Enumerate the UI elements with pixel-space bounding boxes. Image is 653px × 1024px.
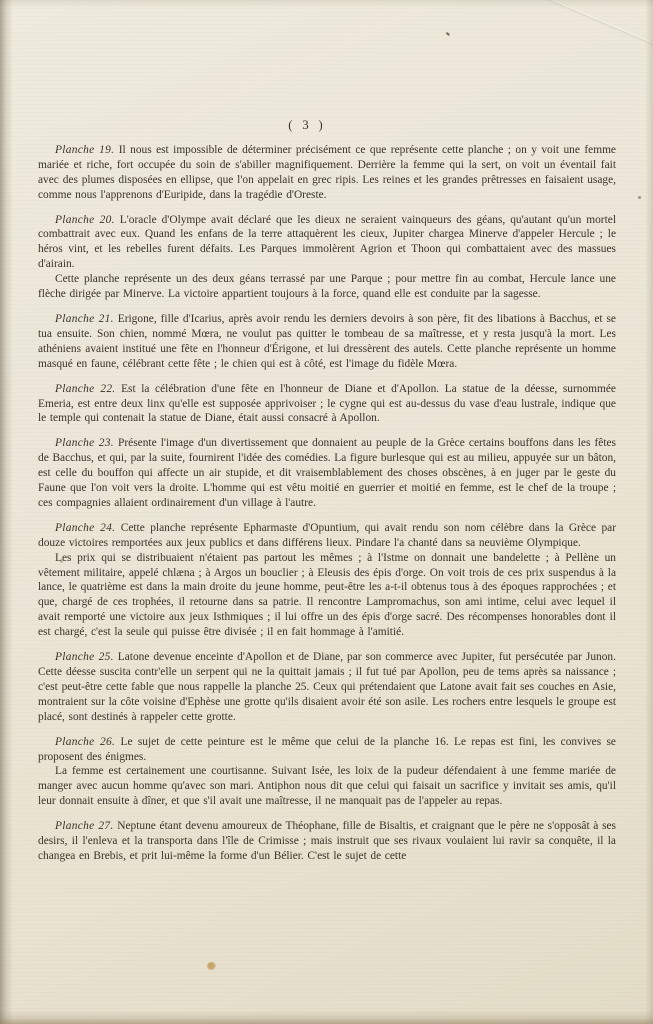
planche-20-entry: Planche 20. L'oracle d'Olympe avait décl… [38, 213, 616, 302]
planche-24-entry: Planche 24. Cette planche représente Eph… [38, 521, 616, 640]
planche-22-paragraph-1: Planche 22. Est la célébration d'une fêt… [38, 382, 616, 427]
planche-22-label: Planche 22. [55, 383, 115, 395]
planche-25-text-1: Latone devenue enceinte d'Apollon et de … [38, 651, 616, 723]
planche-25-label: Planche 25. [55, 651, 114, 663]
planche-21-paragraph-1: Planche 21. Erigone, fille d'Icarius, ap… [38, 312, 616, 372]
planche-27-paragraph-1: Planche 27. Neptune étant devenu amoureu… [38, 819, 616, 864]
page-content: ( 3 ) Planche 19. Il nous est impossible… [38, 0, 616, 864]
planche-24-text-2: Les prix qui se distribuaient n'étaient … [38, 552, 616, 639]
planche-19-paragraph-1: Planche 19. Il nous est impossible de dé… [38, 143, 616, 203]
planche-21-text-1: Erigone, fille d'Icarius, après avoir re… [38, 313, 616, 370]
planche-26-text-2: La femme est certainement une courtisann… [38, 765, 616, 807]
planche-27-label: Planche 27. [55, 820, 114, 832]
planche-19-label: Planche 19. [55, 144, 114, 156]
book-page-scan: ( 3 ) Planche 19. Il nous est impossible… [0, 0, 653, 1024]
planche-26-entry: Planche 26. Le sujet de cette peinture e… [38, 735, 616, 810]
paper-speck [638, 196, 641, 199]
planche-24-label: Planche 24. [55, 522, 115, 534]
planche-23-paragraph-1: Planche 23. Présente l'image d'un divert… [38, 436, 616, 511]
planche-19-entry: Planche 19. Il nous est impossible de dé… [38, 143, 616, 203]
planche-21-entry: Planche 21. Erigone, fille d'Icarius, ap… [38, 312, 616, 372]
planche-25-entry: Planche 25. Latone devenue enceinte d'Ap… [38, 650, 616, 725]
planche-23-entry: Planche 23. Présente l'image d'un divert… [38, 436, 616, 511]
planche-22-text-1: Est la célébration d'une fête en l'honne… [38, 383, 616, 425]
planche-24-text-1: Cette planche représente Epharmaste d'Op… [38, 522, 616, 549]
planche-25-paragraph-1: Planche 25. Latone devenue enceinte d'Ap… [38, 650, 616, 725]
page-edge-right [645, 0, 653, 1024]
planche-26-text-1: Le sujet de cette peinture est le même q… [38, 736, 616, 763]
page-edge-top [0, 0, 653, 8]
planche-20-text-1: L'oracle d'Olympe avait déclaré que les … [38, 214, 616, 271]
planche-20-text-2: Cette planche représente un des deux géa… [38, 273, 616, 300]
page-edge-bottom [0, 1010, 653, 1024]
planche-24-paragraph-1: Planche 24. Cette planche représente Eph… [38, 521, 616, 551]
planche-26-paragraph-2: La femme est certainement une courtisann… [38, 764, 616, 809]
planche-19-text-1: Il nous est impossible de déterminer pré… [38, 144, 616, 201]
page-edge-left [0, 0, 13, 1024]
planche-24-paragraph-2: Les prix qui se distribuaient n'étaient … [38, 551, 616, 640]
planche-20-paragraph-1: Planche 20. L'oracle d'Olympe avait décl… [38, 213, 616, 273]
planche-21-label: Planche 21. [55, 313, 114, 325]
planche-23-label: Planche 23. [55, 437, 114, 449]
planche-23-text-1: Présente l'image d'un divertissement que… [38, 437, 616, 509]
planche-27-text-1: Neptune étant devenu amoureux de Théopha… [38, 820, 616, 862]
planche-27-entry: Planche 27. Neptune étant devenu amoureu… [38, 819, 616, 864]
page-number: ( 3 ) [18, 0, 596, 133]
paper-speck [60, 560, 63, 563]
planche-20-paragraph-2: Cette planche représente un des deux géa… [38, 272, 616, 302]
planche-26-paragraph-1: Planche 26. Le sujet de cette peinture e… [38, 735, 616, 765]
planche-22-entry: Planche 22. Est la célébration d'une fêt… [38, 382, 616, 427]
planche-20-label: Planche 20. [55, 214, 115, 226]
foxing-spot [207, 962, 216, 970]
planche-26-label: Planche 26. [55, 736, 115, 748]
